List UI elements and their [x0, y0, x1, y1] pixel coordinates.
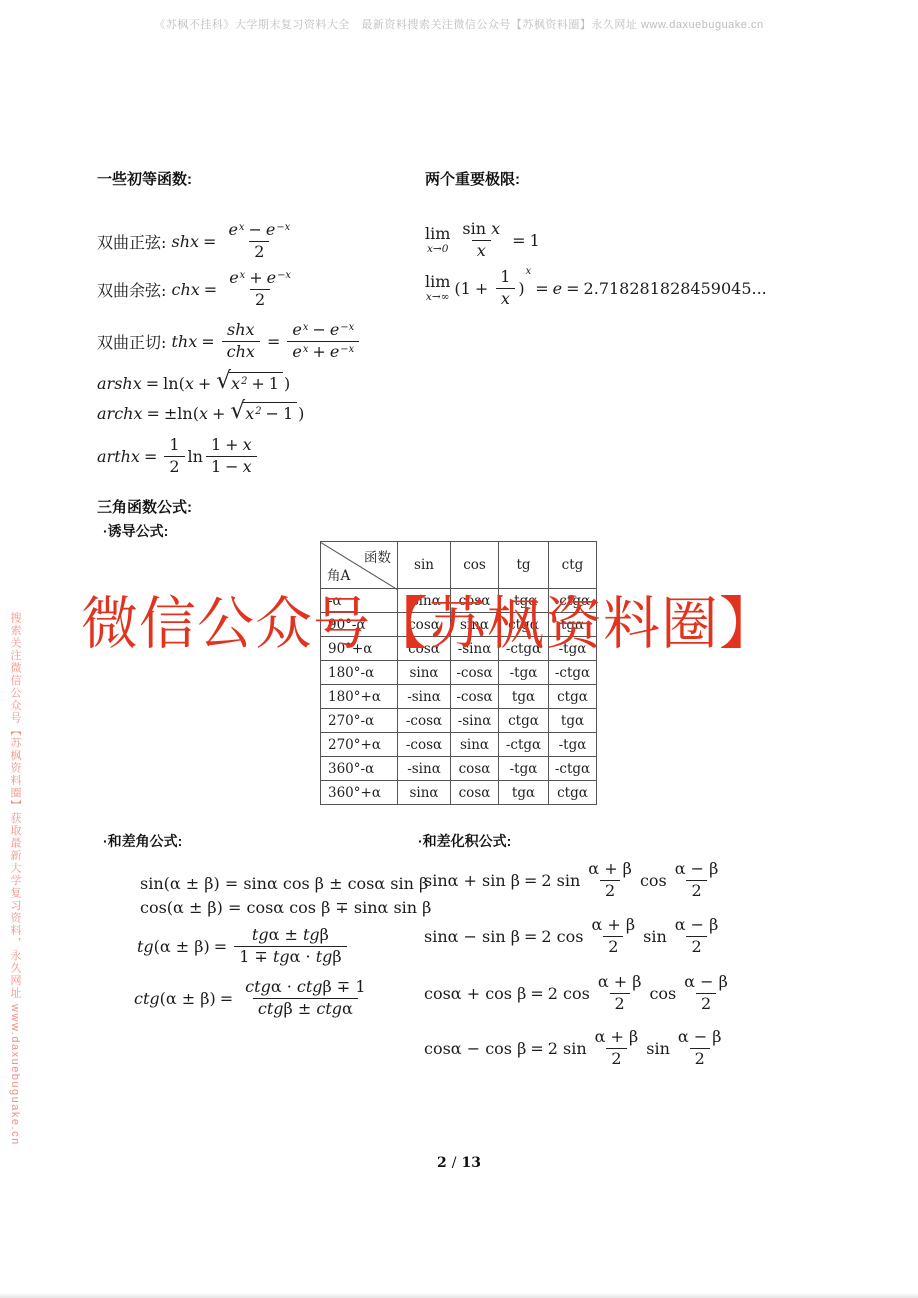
value-cell: -sinα	[398, 685, 451, 709]
side-watermark-text: 搜索关注微信公众号【苏枫资料圈】获取最新大学复习资料，永久网址 www.daxu…	[7, 612, 23, 1146]
center-watermark-text: 微信公众号【苏枫资料圈】	[81, 591, 777, 658]
column-header-ctg: ctg	[549, 542, 597, 589]
corner-label-angle: 角A	[327, 564, 350, 584]
formula-cos-sum-angle: cos(α ± β) = cosα cos β ∓ sinα sin β	[140, 895, 431, 919]
document-page: 《苏枫不挂科》大学期末复习资料大全 最新资料搜索关注微信公众号【苏枫资料圈】永久…	[0, 0, 918, 1298]
formula-sin-sum-angle: sin(α ± β) = sinα cos β ± cosα sin β	[140, 871, 428, 895]
value-cell: cosα	[451, 757, 499, 781]
value-cell: ctgα	[499, 709, 549, 733]
value-cell: -ctgα	[549, 661, 597, 685]
corner-label-function: 函数	[364, 546, 391, 566]
formula-hyperbolic-tangent: 双曲正切: thx=shxchx=ex−e−xex+e−x	[97, 316, 362, 366]
section-title-trig-formulas: 三角函数公式:	[97, 496, 192, 517]
value-cell: -cosα	[451, 661, 499, 685]
page-bottom-edge	[0, 1293, 918, 1298]
formula-limit-e: limx→∞(1+1x)x=e=2.718281828459045...	[425, 264, 767, 312]
value-cell: sinα	[451, 733, 499, 757]
value-cell: tgα	[549, 709, 597, 733]
subsection-title-induction-formulas: ·诱导公式:	[103, 521, 168, 541]
formula-sin-plus-sin: sinα + sin β=2 sinα + β2cosα − β2	[424, 857, 726, 903]
table-header-row: 函数 角A sin cos tg ctg	[321, 542, 597, 589]
angle-cell: 180°-α	[321, 661, 398, 685]
angle-cell: 180°+α	[321, 685, 398, 709]
angle-cell: 270°+α	[321, 733, 398, 757]
value-cell: ctgα	[549, 781, 597, 805]
value-cell: tgα	[499, 781, 549, 805]
subsection-title-sum-difference-angle: ·和差角公式:	[103, 831, 182, 851]
table-row: 360°-α-sinαcosα-tgα-ctgα	[321, 757, 597, 781]
angle-cell: 360°+α	[321, 781, 398, 805]
induction-formula-table: 函数 角A sin cos tg ctg -α-sinαcosα-tgα-ctg…	[320, 541, 597, 805]
table-row: 360°+αsinαcosαtgαctgα	[321, 781, 597, 805]
table-row: 180°+α-sinα-cosαtgαctgα	[321, 685, 597, 709]
formula-tg-sum-angle: tg(α ± β)=tgα ± tgβ1 ∓ tgα · tgβ	[137, 922, 350, 970]
value-cell: cosα	[451, 781, 499, 805]
formula-cos-plus-cos: cosα + cos β=2 cosα + β2cosα − β2	[424, 970, 736, 1016]
page-number: 2/13	[0, 1155, 918, 1171]
formula-cos-minus-cos: cosα − cos β=2 sinα + β2sinα − β2	[424, 1025, 730, 1071]
value-cell: -cosα	[398, 709, 451, 733]
value-cell: -tgα	[549, 733, 597, 757]
column-header-tg: tg	[499, 542, 549, 589]
value-cell: -tgα	[499, 661, 549, 685]
value-cell: sinα	[398, 781, 451, 805]
formula-archx: archx=±ln(x+√x2−1)	[97, 398, 304, 428]
section-title-elementary-functions: 一些初等函数:	[97, 168, 192, 189]
table-corner-cell: 函数 角A	[321, 542, 398, 589]
value-cell: -ctgα	[499, 733, 549, 757]
formula-ctg-sum-angle: ctg(α ± β)=ctgα · ctgβ ∓ 1ctgβ ± ctgα	[134, 974, 374, 1022]
formula-arthx: arthx=12ln1+x1−x	[97, 432, 260, 480]
table-row: 270°+α-cosαsinα-ctgα-tgα	[321, 733, 597, 757]
section-title-important-limits: 两个重要极限:	[425, 168, 520, 189]
value-cell: -ctgα	[549, 757, 597, 781]
page-number-separator: /	[452, 1155, 457, 1171]
formula-limit-sinx-over-x: limx→0sin xx=1	[425, 216, 540, 264]
value-cell: -cosα	[398, 733, 451, 757]
angle-cell: 360°-α	[321, 757, 398, 781]
value-cell: -tgα	[499, 757, 549, 781]
angle-cell: 270°-α	[321, 709, 398, 733]
formula-hyperbolic-sine: 双曲正弦: shx=ex−e−x2	[97, 218, 298, 264]
value-cell: tgα	[499, 685, 549, 709]
table-row: 270°-α-cosα-sinαctgαtgα	[321, 709, 597, 733]
column-header-sin: sin	[398, 542, 451, 589]
formula-arshx: arshx=ln(x+√x2+1)	[97, 368, 290, 398]
value-cell: -cosα	[451, 685, 499, 709]
formula-hyperbolic-cosine: 双曲余弦: chx=ex+e−x2	[97, 266, 299, 312]
page-number-current: 2	[437, 1155, 447, 1171]
table-row: 180°-αsinα-cosα-tgα-ctgα	[321, 661, 597, 685]
value-cell: sinα	[398, 661, 451, 685]
value-cell: -sinα	[398, 757, 451, 781]
column-header-cos: cos	[451, 542, 499, 589]
header-watermark-text: 《苏枫不挂科》大学期末复习资料大全 最新资料搜索关注微信公众号【苏枫资料圈】永久…	[0, 16, 918, 32]
page-number-total: 13	[461, 1155, 480, 1171]
value-cell: ctgα	[549, 685, 597, 709]
value-cell: -sinα	[451, 709, 499, 733]
subsection-title-sum-to-product: ·和差化积公式:	[418, 831, 511, 851]
formula-sin-minus-sin: sinα − sin β=2 cosα + β2sinα − β2	[424, 913, 726, 959]
